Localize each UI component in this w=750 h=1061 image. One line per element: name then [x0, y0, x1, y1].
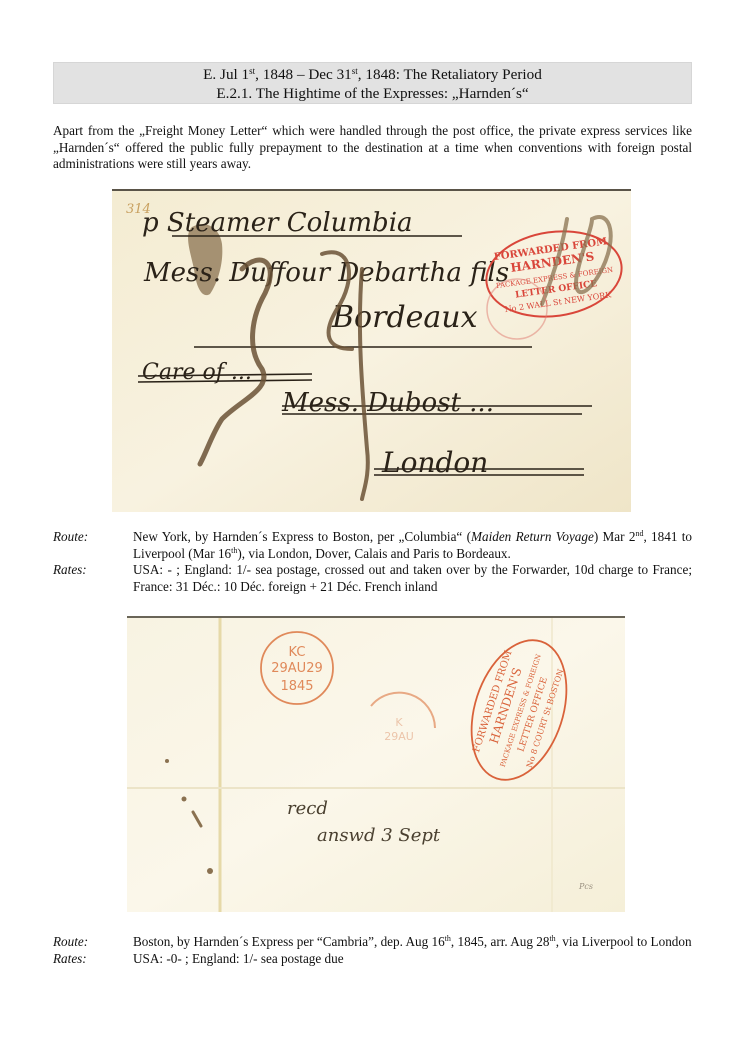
intro-paragraph: Apart from the „Freight Money Letter“ wh…	[53, 123, 692, 173]
svg-text:answd 3 Sept: answd 3 Sept	[317, 825, 441, 846]
route-label: Route:	[53, 934, 133, 951]
cover-image-columbia: 314 p Steamer Columbia Mess. Duffour Deb…	[112, 189, 631, 512]
section-header: E. Jul 1st, 1848 – Dec 31st, 1848: The R…	[53, 62, 692, 104]
svg-text:Pcs: Pcs	[578, 882, 593, 891]
route-text: Boston, by Harnden´s Express per “Cambri…	[133, 934, 692, 951]
route-label: Route:	[53, 529, 133, 562]
svg-text:recd: recd	[287, 798, 328, 819]
rates-label: Rates:	[53, 951, 133, 968]
rates-text: USA: -0- ; England: 1/- sea postage due	[133, 951, 692, 968]
svg-text:Bordeaux: Bordeaux	[331, 300, 478, 335]
description-entry-1: Route: New York, by Harnden´s Express to…	[53, 529, 692, 595]
svg-text:29AU29: 29AU29	[271, 661, 323, 676]
section-title: E. Jul 1st, 1848 – Dec 31st, 1848: The R…	[54, 65, 691, 84]
rates-label: Rates:	[53, 562, 133, 595]
description-entry-2: Route: Boston, by Harnden´s Express per …	[53, 934, 692, 967]
subsection-title: E.2.1. The Hightime of the Expresses: „H…	[54, 84, 691, 103]
svg-text:Mess. Duffour Debartha fils: Mess. Duffour Debartha fils	[143, 258, 509, 288]
cover-image-cambria: KC 29AU29 1845 K 29AU FORWARDED FROM HAR…	[127, 616, 625, 912]
rates-text: USA: - ; England: 1/- sea postage, cross…	[133, 562, 692, 595]
svg-text:p Steamer Columbia: p Steamer Columbia	[142, 208, 413, 238]
svg-text:London: London	[381, 446, 488, 479]
svg-text:29AU: 29AU	[384, 730, 414, 743]
svg-text:1845: 1845	[280, 679, 313, 694]
svg-text:K: K	[395, 716, 403, 729]
svg-text:KC: KC	[289, 645, 306, 660]
route-text: New York, by Harnden´s Express to Boston…	[133, 529, 692, 562]
